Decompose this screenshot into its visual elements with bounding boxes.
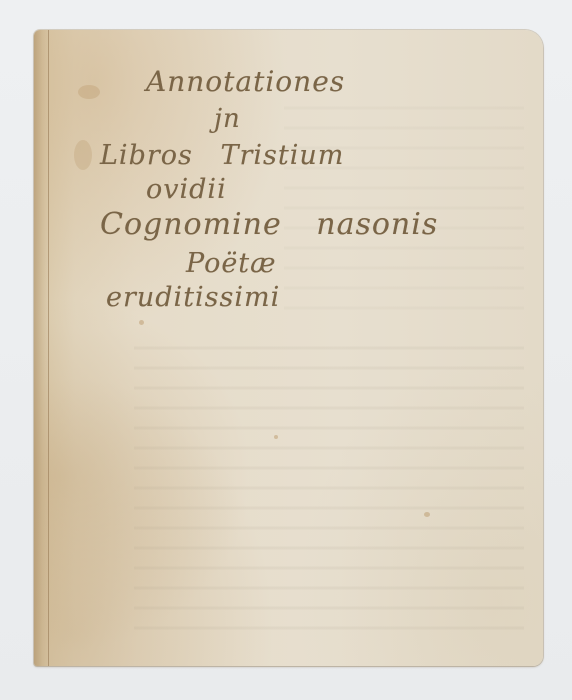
title-line-4: ovidii — [146, 176, 227, 203]
title-line-6: Poëtæ — [186, 250, 277, 277]
photo-background: Annotationes jn Libros Tristium ovidii C… — [0, 0, 572, 700]
title-line-3: Libros Tristium — [100, 142, 344, 169]
title-line-2: jn — [214, 106, 241, 132]
title-line-1: Annotationes — [146, 68, 345, 96]
title-line-7: eruditissimi — [106, 284, 280, 311]
title-inscription: Annotationes jn Libros Tristium ovidii C… — [34, 30, 543, 666]
title-line-5: Cognomine nasonis — [100, 210, 438, 240]
manuscript-page: Annotationes jn Libros Tristium ovidii C… — [34, 30, 543, 666]
